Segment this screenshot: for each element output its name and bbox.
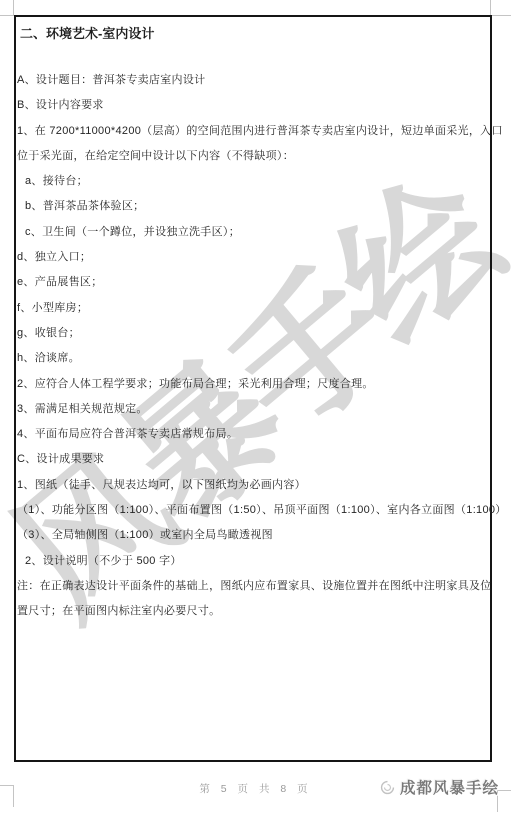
doc-line-item-e: e、产品展售区；: [17, 270, 491, 295]
doc-line-design-notes: 2、设计说明（不少于 500 字）: [17, 549, 491, 574]
doc-line-drawings: 1、图纸（徒手、尺规表达均可，以下图纸均为必画内容）: [17, 473, 491, 498]
doc-line-req2: 2、应符合人体工程学要求；功能布局合理；采光利用合理；尺度合理。: [17, 372, 491, 397]
doc-line-item-d: d、独立入口；: [17, 245, 491, 270]
doc-line-item-h: h、洽谈席。: [17, 346, 491, 371]
doc-line-drawings-1: （1）、功能分区图（1:100）、平面布置图（1:50）、吊顶平面图（1:100…: [17, 498, 491, 523]
doc-line-item-b: b、普洱茶品茶体验区；: [17, 194, 491, 219]
doc-line-item-c: c、卫生间（一个蹲位，并设独立洗手区）；: [17, 220, 491, 245]
doc-line-req3: 3、需满足相关规范规定。: [17, 397, 491, 422]
doc-line-item-a: a、接待台；: [17, 169, 491, 194]
storm-swirl-icon: [379, 779, 396, 796]
doc-line-drawings-3: （3）、全局轴侧图（1:100）或室内全局鸟瞰透视图: [17, 523, 491, 548]
doc-line-req1-part1: 1、在 7200*11000*4200（层高）的空间范围内进行普洱茶专卖店室内设…: [17, 119, 491, 144]
doc-line-item-f: f、小型库房；: [17, 296, 491, 321]
doc-line-design-topic: A、设计题目：普洱茶专卖店室内设计: [17, 68, 491, 93]
doc-line-note-part2: 置尺寸；在平面图内标注室内必要尺寸。: [17, 599, 491, 624]
document-content: 二、环境艺术-室内设计 A、设计题目：普洱茶专卖店室内设计 B、设计内容要求 1…: [17, 25, 491, 625]
doc-line-content-req: B、设计内容要求: [17, 93, 491, 118]
doc-line-req4: 4、平面布局应符合普洱茶专卖店常规布局。: [17, 422, 491, 447]
doc-line-result-req: C、设计成果要求: [17, 447, 491, 472]
brand-mark: 成都风暴手绘: [379, 776, 499, 798]
doc-line-item-g: g、收银台；: [17, 321, 491, 346]
doc-line-req1-part2: 位于采光面，在给定空间中设计以下内容（不得缺项）：: [17, 144, 491, 169]
section-title: 二、环境艺术-室内设计: [17, 25, 491, 42]
doc-line-note-part1: 注：在正确表达设计平面条件的基础上，图纸内应布置家具、设施位置并在图纸中注明家具…: [17, 574, 491, 599]
document-page: 风暴手绘 二、环境艺术-室内设计 A、设计题目：普洱茶专卖店室内设计 B、设计内…: [0, 0, 511, 813]
brand-name: 成都风暴手绘: [400, 776, 499, 798]
crop-mark-top-right: [490, 0, 511, 16]
crop-mark-top-left: [0, 0, 14, 16]
